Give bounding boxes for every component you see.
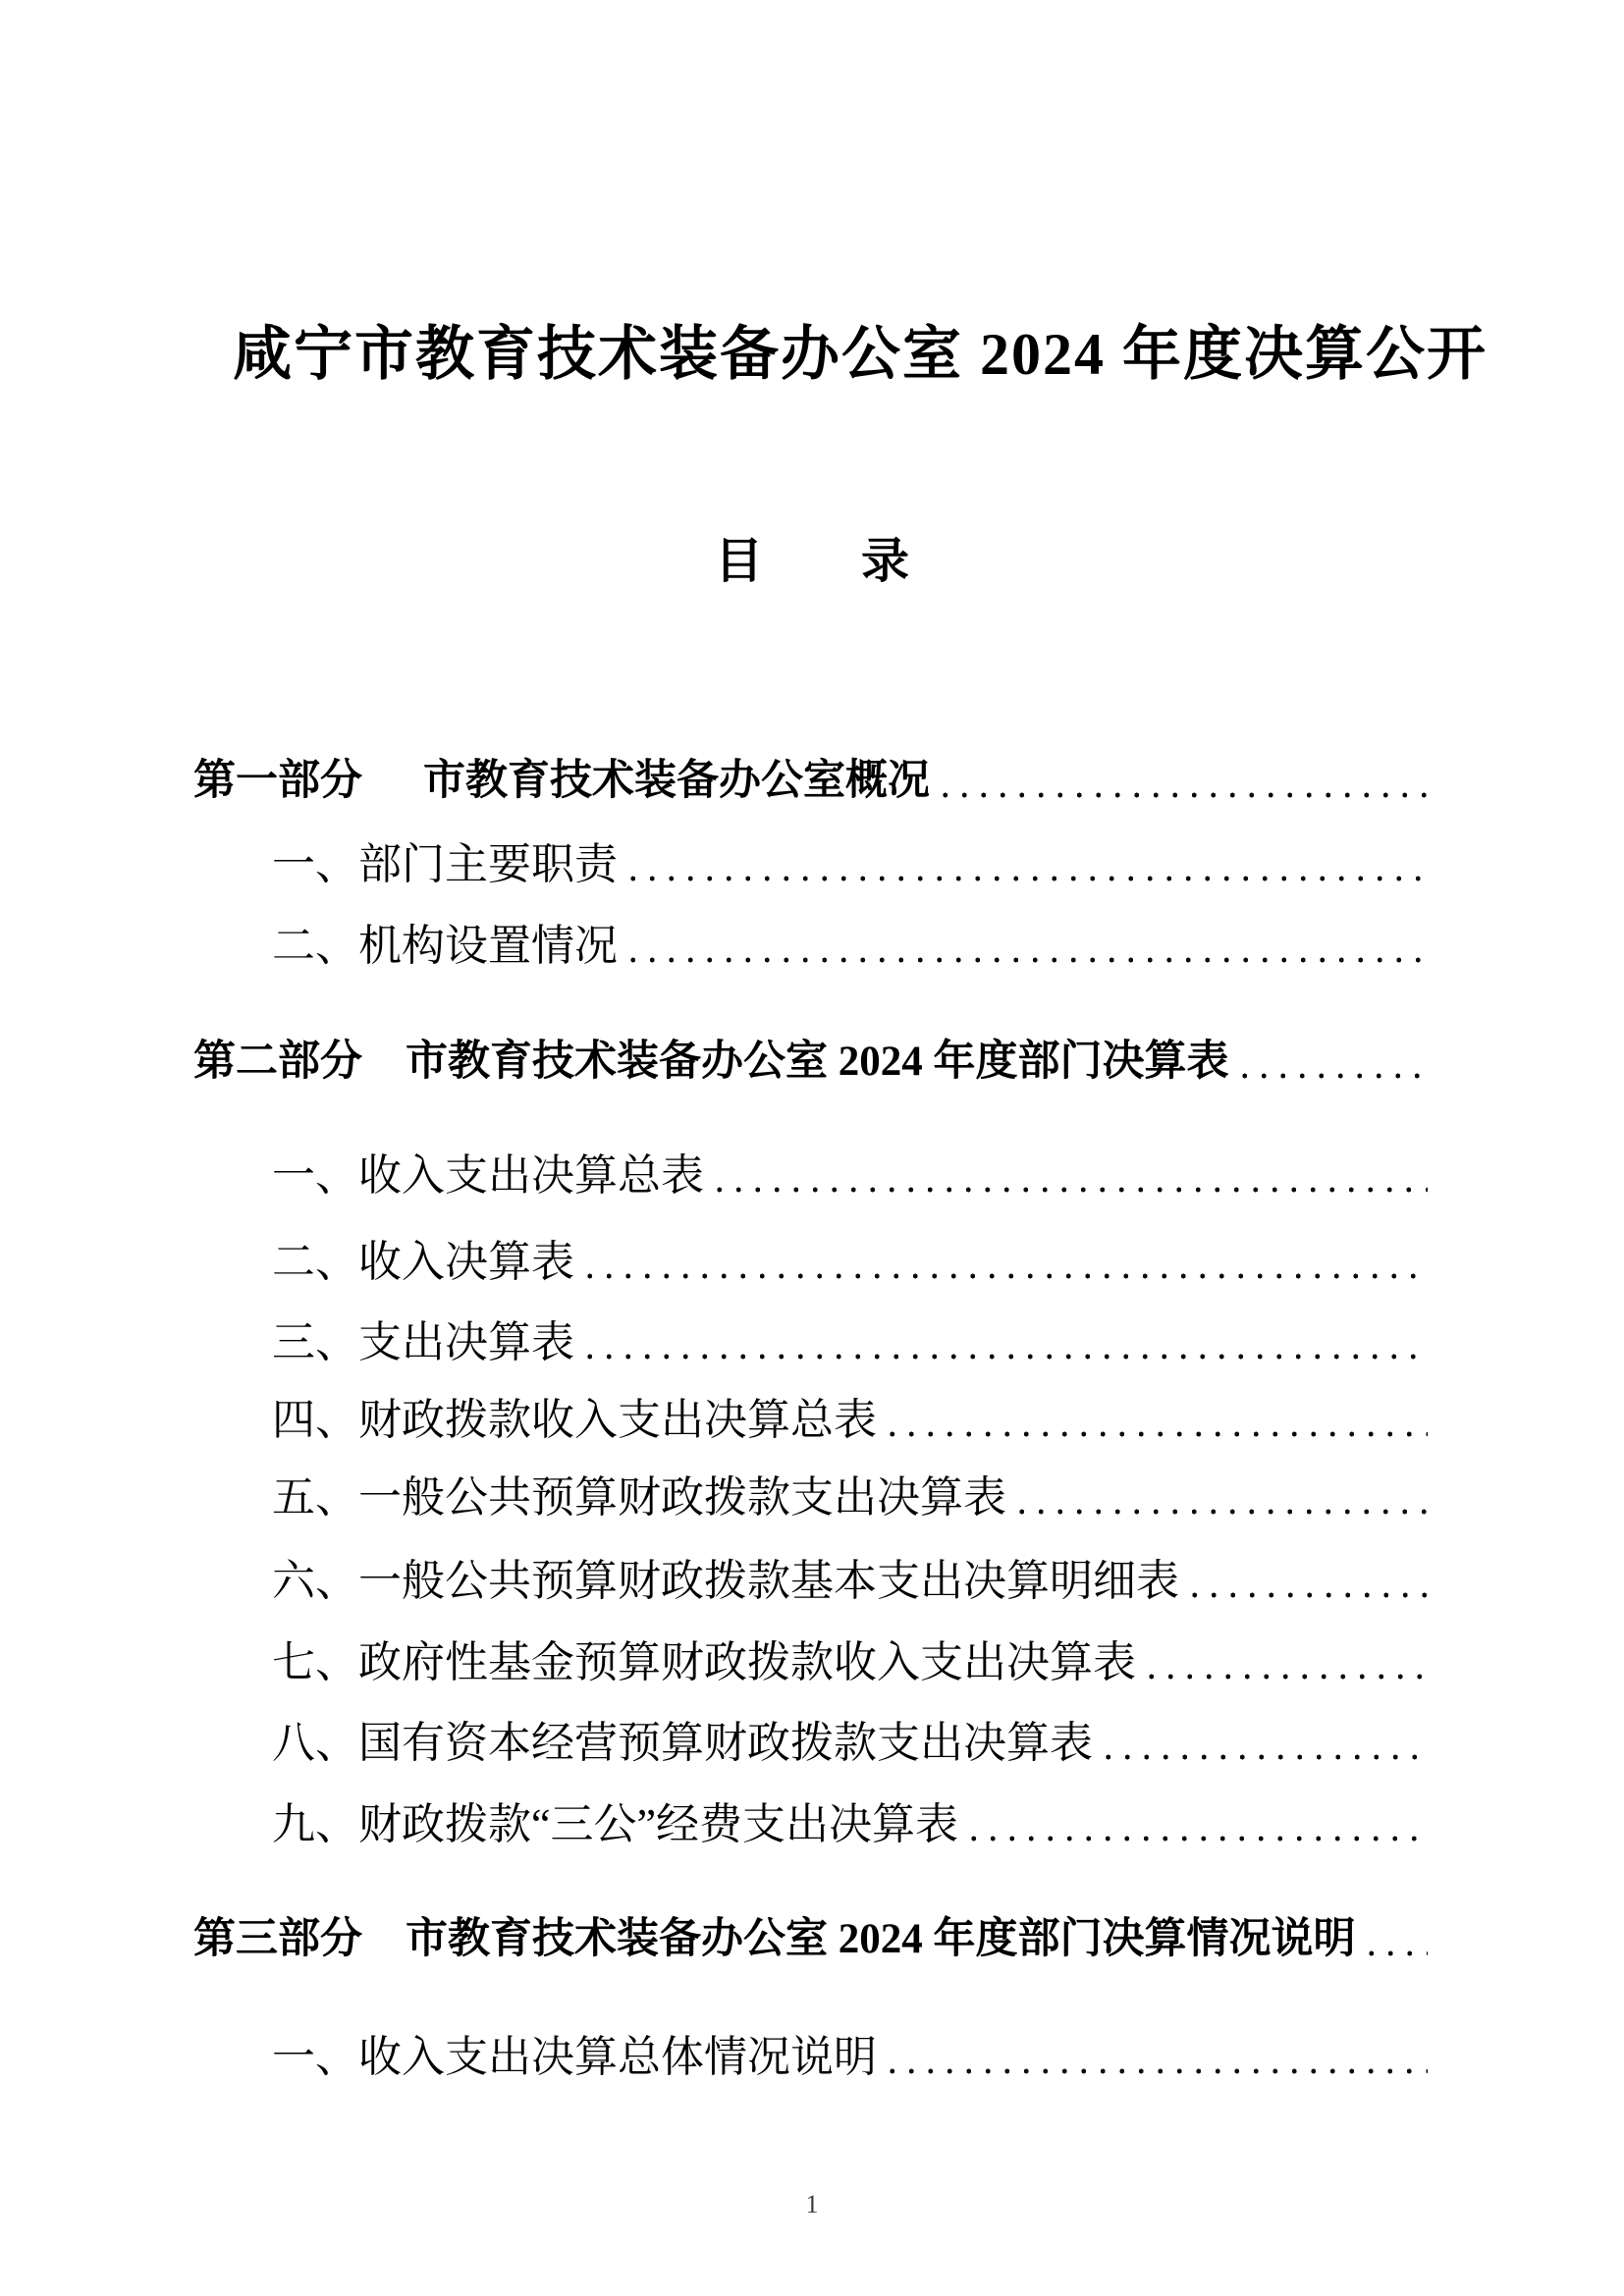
toc-part-title: 市教育技术装备办公室概况 [423, 756, 930, 807]
toc-item: 二、收入决算表 [272, 1237, 1428, 1288]
toc-item: 五、一般公共预算财政拨款支出决算表 [272, 1472, 1428, 1523]
toc-item-title: 一、收入支出决算总体情况说明 [272, 2032, 877, 2083]
toc-item: 四、财政拨款收入支出决算总表 [272, 1395, 1428, 1446]
dot-leader [580, 1317, 1428, 1368]
dot-leader [883, 1395, 1428, 1446]
dot-leader [623, 921, 1428, 972]
toc-item-title: 二、收入决算表 [272, 1237, 574, 1288]
toc-part-label: 第一部分 [193, 756, 362, 807]
dot-leader [1099, 1718, 1428, 1769]
document-page: 咸宁市教育技术装备办公室 2024 年度决算公开 目 录 第一部分市教育技术装备… [0, 0, 1624, 2296]
contents-heading-left: 目 [715, 534, 763, 589]
toc-part-label: 第二部分 [193, 1037, 362, 1088]
toc-item-title: 六、一般公共预算财政拨款基本支出决算明细表 [272, 1556, 1179, 1607]
toc-item-title: 九、财政拨款“三公”经费支出决算表 [272, 1799, 958, 1850]
toc-item-title: 八、国有资本经营预算财政拨款支出决算表 [272, 1718, 1093, 1769]
contents-heading: 目 录 [0, 534, 1624, 589]
toc-part-heading: 第二部分市教育技术装备办公室 2024 年度部门决算表 [193, 1037, 1428, 1088]
dot-leader [1362, 1914, 1429, 1965]
toc-item-title: 三、支出决算表 [272, 1317, 574, 1368]
toc-item: 一、收入支出决算总体情况说明 [272, 2032, 1428, 2083]
dot-leader [710, 1150, 1428, 1201]
toc-item-title: 七、政府性基金预算财政拨款收入支出决算表 [272, 1637, 1136, 1688]
toc-item: 一、收入支出决算总表 [272, 1150, 1428, 1201]
toc-item-title: 二、机构设置情况 [272, 921, 618, 972]
dot-leader [936, 756, 1428, 807]
dot-leader [964, 1799, 1428, 1850]
toc-item-title: 四、财政拨款收入支出决算总表 [272, 1395, 877, 1446]
toc-item: 六、一般公共预算财政拨款基本支出决算明细表 [272, 1556, 1428, 1607]
toc-item: 七、政府性基金预算财政拨款收入支出决算表 [272, 1637, 1428, 1688]
toc-part-heading: 第三部分市教育技术装备办公室 2024 年度部门决算情况说明 [193, 1914, 1428, 1965]
dot-leader [883, 2032, 1428, 2083]
toc-part-label: 第三部分 [193, 1914, 362, 1965]
dot-leader [1235, 1037, 1429, 1088]
toc-item: 一、部门主要职责 [272, 839, 1428, 890]
dot-leader [1185, 1556, 1428, 1607]
toc-item-title: 一、收入支出决算总表 [272, 1150, 704, 1201]
toc-part-title: 市教育技术装备办公室 2024 年度部门决算情况说明 [406, 1914, 1356, 1965]
toc-item-title: 五、一般公共预算财政拨款支出决算表 [272, 1472, 1006, 1523]
dot-leader [1012, 1472, 1428, 1523]
toc-item: 八、国有资本经营预算财政拨款支出决算表 [272, 1718, 1428, 1769]
toc-item: 九、财政拨款“三公”经费支出决算表 [272, 1799, 1428, 1850]
dot-leader [580, 1237, 1428, 1288]
document-title: 咸宁市教育技术装备办公室 2024 年度决算公开 [233, 322, 1488, 387]
toc-item-title: 一、部门主要职责 [272, 839, 618, 890]
toc-part-heading: 第一部分市教育技术装备办公室概况 [193, 756, 1428, 807]
dot-leader [1142, 1637, 1428, 1688]
toc-item: 三、支出决算表 [272, 1317, 1428, 1368]
page-number: 1 [0, 2189, 1624, 2219]
dot-leader [623, 839, 1428, 890]
toc-part-title: 市教育技术装备办公室 2024 年度部门决算表 [406, 1037, 1229, 1088]
contents-heading-right: 录 [861, 534, 909, 589]
toc-item: 二、机构设置情况 [272, 921, 1428, 972]
